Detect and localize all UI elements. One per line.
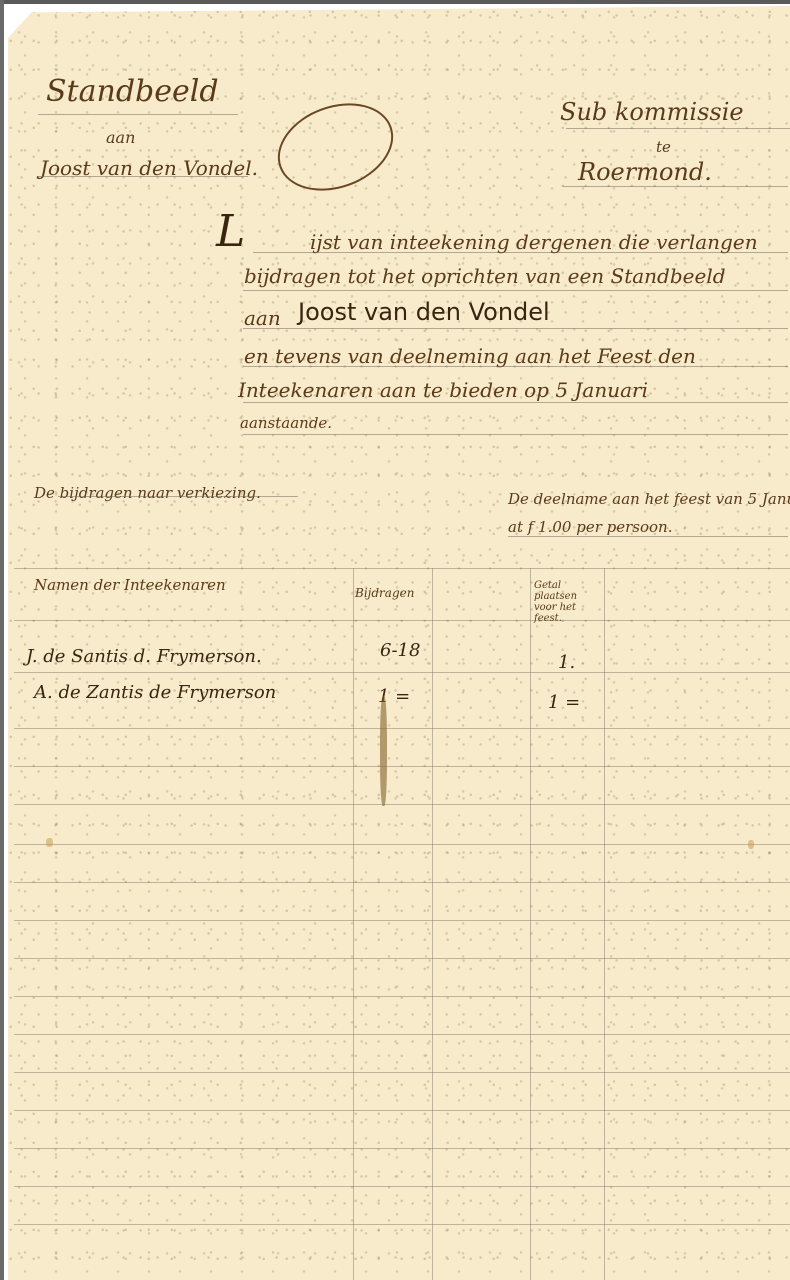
intro-initial-l: L [216, 206, 245, 257]
intro-line-2: bijdragen tot het oprichten van een Stan… [244, 264, 726, 288]
foxing-spot [46, 838, 53, 847]
intro-rule-1 [253, 252, 788, 253]
row-rule [14, 1148, 790, 1149]
document-page: Standbeeld aan Joost van den Vondel. Sub… [8, 6, 790, 1280]
row-1-name: J. de Santis d. Frymerson. [26, 646, 262, 667]
intro-line-6: aanstaande. [240, 414, 332, 432]
subcommissie-te: te [656, 138, 671, 156]
scan-border-top [0, 0, 790, 4]
ink-drip-stain [380, 696, 387, 806]
row-rule [14, 920, 790, 921]
title-vondel-underline [38, 176, 248, 177]
intro-line-3-vondel: Joost van den Vondel [298, 298, 550, 326]
row-rule [14, 804, 790, 805]
note-bijdragen-rule [58, 496, 298, 497]
row-rule [14, 844, 790, 845]
row-rule [14, 1034, 790, 1035]
col-header-bijdragen: Bijdragen [355, 586, 414, 600]
intro-line-4: en tevens van deelneming aan het Feest d… [244, 344, 696, 368]
row-1-bijdrage: 6-18 [380, 640, 420, 661]
title-aan: aan [106, 128, 135, 147]
row-rule [14, 672, 790, 673]
intro-line-3-aan: aan [244, 306, 281, 330]
note-deelname-line-2: at f 1.00 per persoon. [508, 518, 672, 536]
foxing-spot [748, 840, 754, 849]
row-rule [14, 996, 790, 997]
col-divider-1 [353, 568, 354, 1280]
row-rule [14, 766, 790, 767]
intro-rule-2 [243, 290, 788, 291]
title-underline [38, 114, 238, 115]
table-top-rule [14, 568, 790, 569]
row-2-name: A. de Zantis de Frymerson [34, 682, 276, 703]
subcommissie-label: Sub kommissie [560, 98, 744, 126]
col-header-namen: Namen der Inteekenaren [34, 576, 226, 594]
note-deelname-rule [508, 536, 788, 537]
subcommissie-roermond: Roermond. [578, 158, 712, 186]
row-rule [14, 882, 790, 883]
row-rule [14, 1224, 790, 1225]
intro-rule-6 [243, 434, 788, 435]
row-1-plaatsen: 1. [558, 652, 575, 673]
title-standbeeld: Standbeeld [46, 74, 219, 109]
intro-line-1: ijst van inteekening dergenen die verlan… [310, 230, 758, 254]
roermond-underline [563, 186, 788, 187]
row-rule [14, 1110, 790, 1111]
intro-rule-3 [243, 328, 788, 329]
flourish-l-loop [266, 88, 406, 206]
row-rule [14, 1072, 790, 1073]
intro-rule-4 [243, 366, 788, 367]
row-rule [14, 728, 790, 729]
col-header-plaatsen: Getal plaatsen voor het feest. [534, 580, 600, 624]
col-divider-2 [432, 568, 433, 1280]
col-divider-3 [530, 568, 531, 1280]
intro-line-5: Inteekenaren aan te bieden op 5 Januari [238, 378, 648, 402]
subcommissie-underline [566, 128, 790, 129]
table-header-rule [14, 620, 790, 621]
scan-border-left [0, 0, 4, 1280]
note-deelname-line-1: De deelname aan het feest van 5 Janu [508, 490, 790, 508]
intro-rule-5 [243, 402, 788, 403]
col-divider-4 [604, 568, 605, 1280]
row-rule [14, 1186, 790, 1187]
row-2-plaatsen: 1 = [548, 692, 580, 713]
note-bijdragen: De bijdragen naar verkiezing. [34, 484, 261, 502]
row-rule [14, 958, 790, 959]
